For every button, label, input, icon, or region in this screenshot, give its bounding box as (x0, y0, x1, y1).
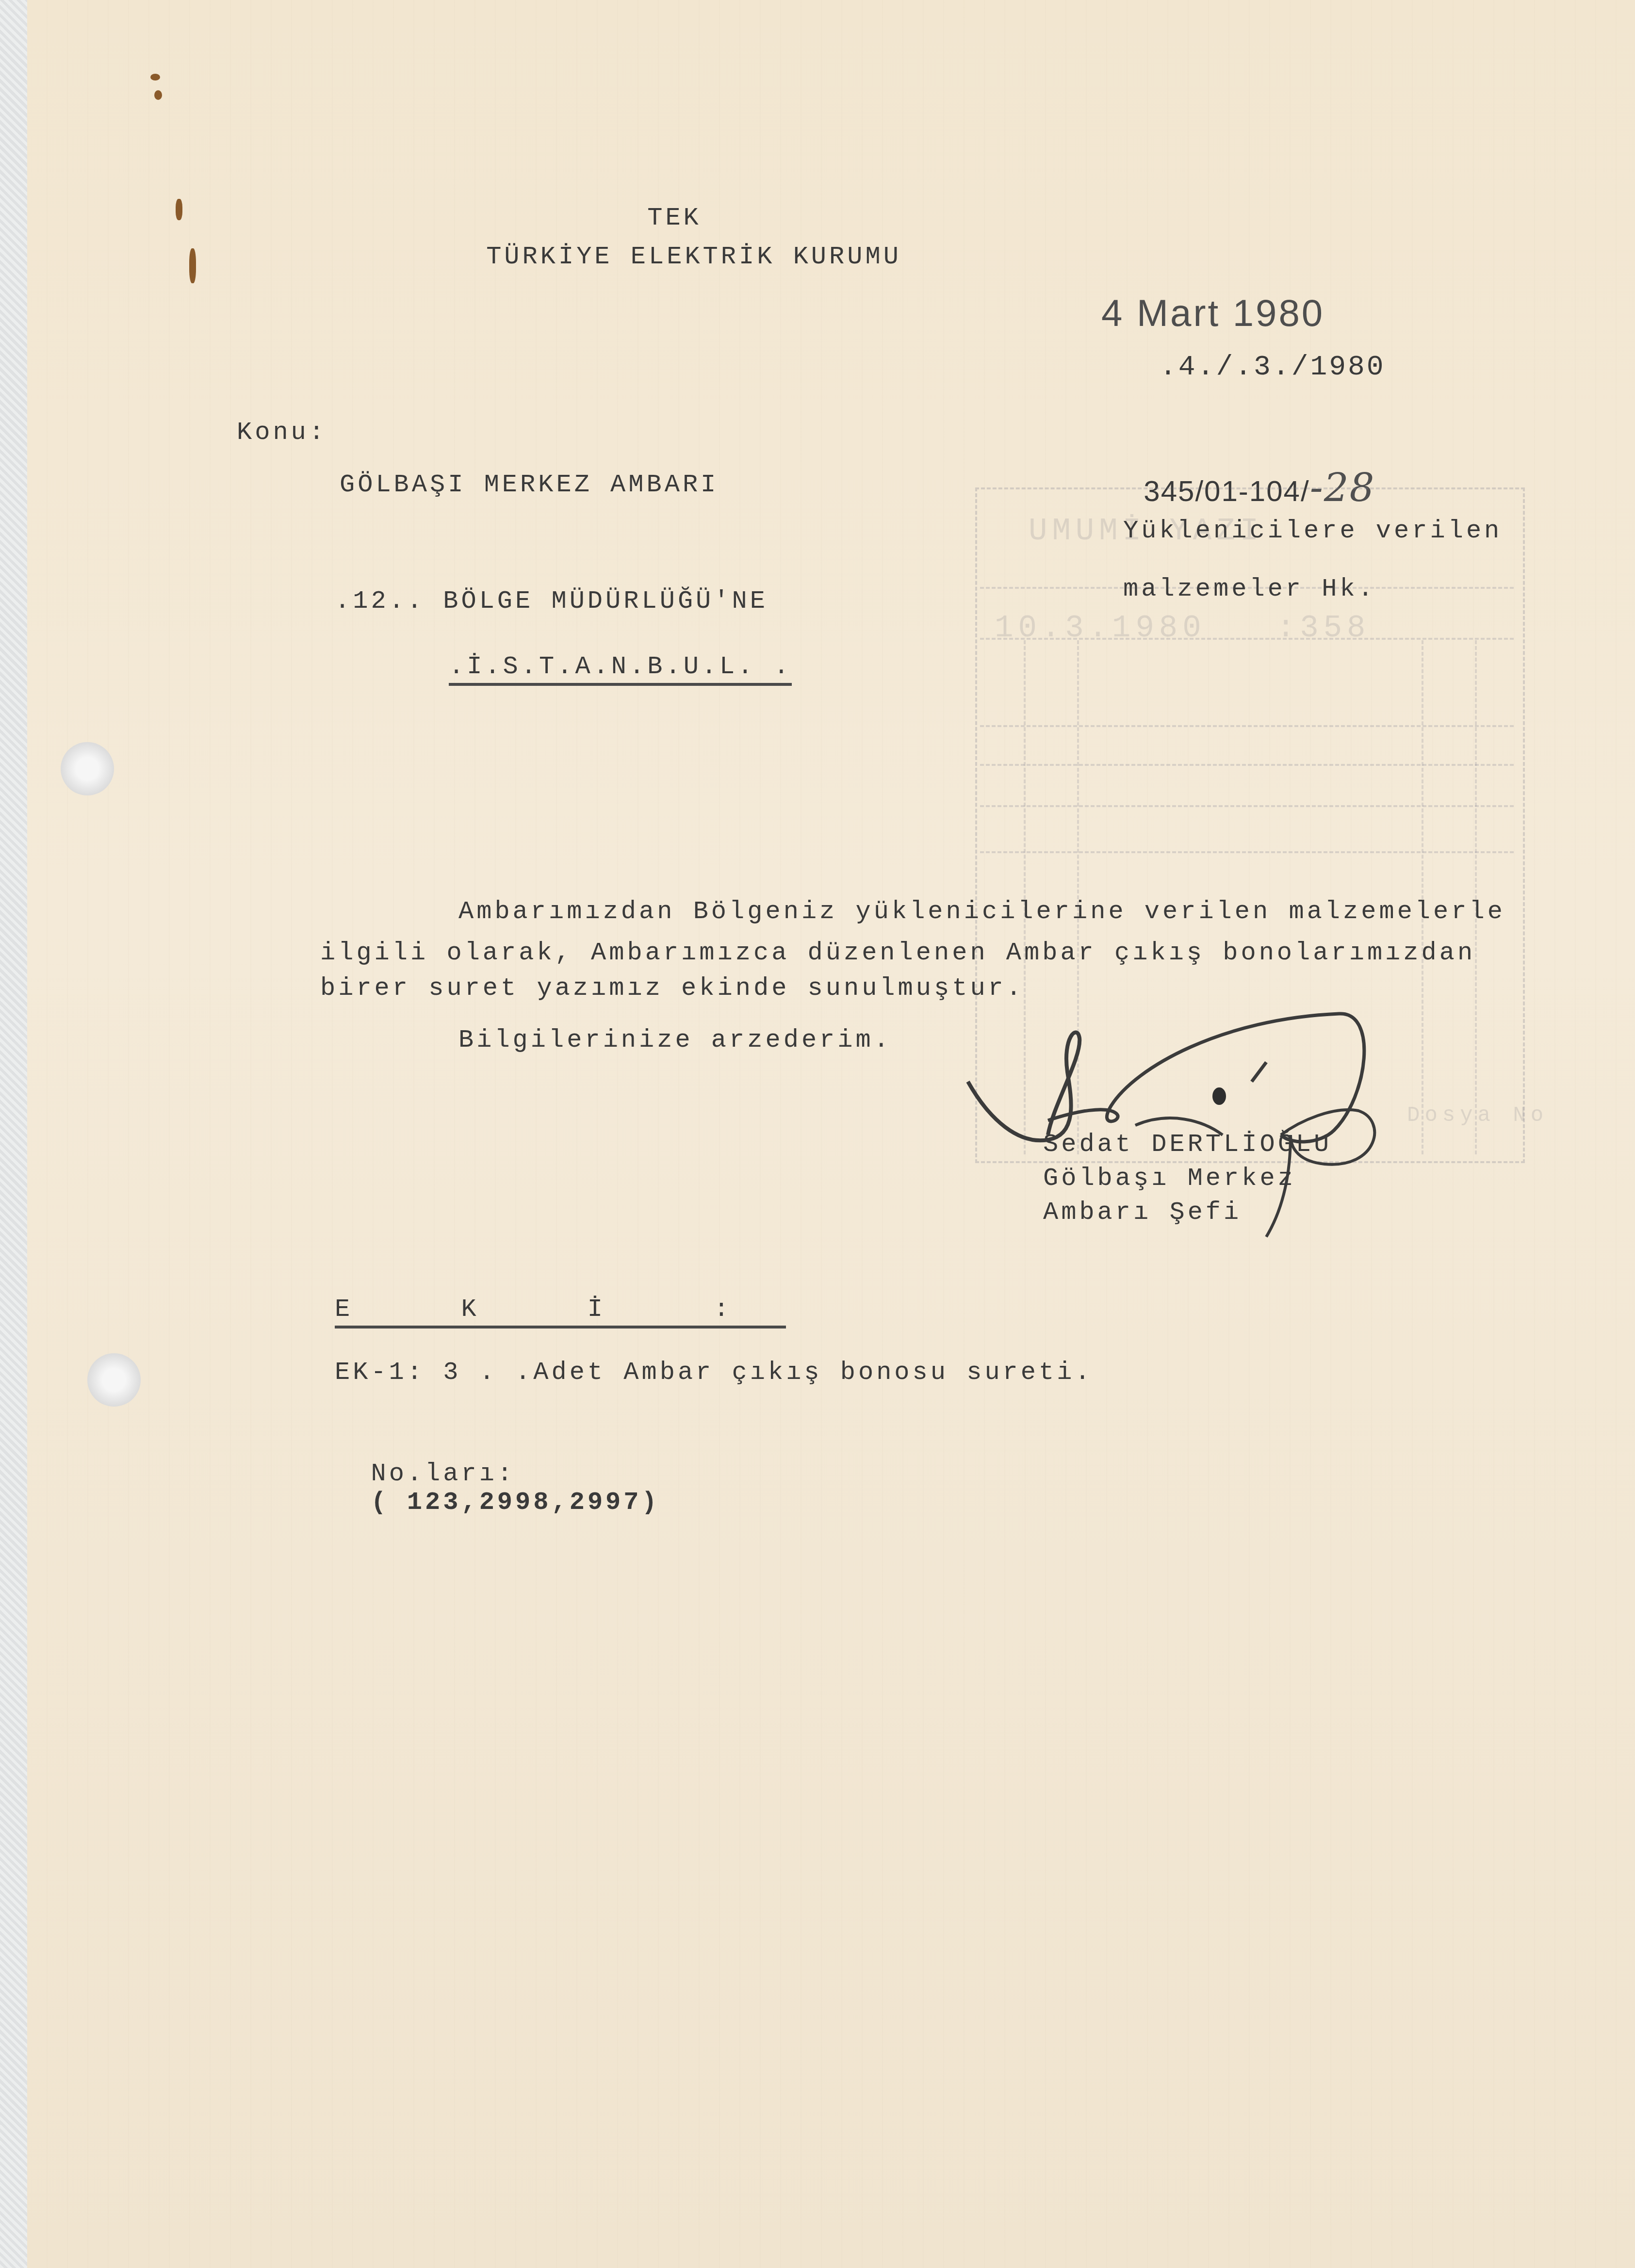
subject-label: Konu: (237, 418, 327, 447)
recipient-city: .İ.S.T.A.N.B.U.L. . (449, 652, 792, 686)
punch-hole (61, 742, 114, 795)
attachment-numbers: No.ları: ( 123,2998,2997) (335, 1431, 660, 1517)
punch-hole (87, 1353, 141, 1407)
attachment-numbers-label: No.ları: (371, 1459, 515, 1488)
body-line-1: Ambarımızdan Bölgeniz yüklenicilerine ve… (458, 897, 1505, 926)
rust-mark (154, 90, 162, 100)
signatory-title-1: Gölbaşı Merkez (1043, 1164, 1296, 1193)
body-line-3: birer suret yazımız ekinde sunulmuştur. (320, 974, 1024, 1003)
stamp-rule (980, 764, 1514, 766)
stamp-rule (980, 638, 1514, 640)
signatory-name: Sedat DERTLİOĞLU (1043, 1130, 1332, 1159)
scanner-backing (0, 0, 27, 2268)
attachment-numbers-values: ( 123,2998,2997) (371, 1488, 659, 1517)
received-date-stamp: 4 Mart 1980 (1101, 291, 1324, 335)
faded-stamp-date: 10.3.1980 :358 (995, 611, 1371, 646)
closing-line: Bilgilerinize arzederim. (458, 1026, 892, 1054)
stamp-rule (980, 805, 1514, 807)
attachment-item: EK-1: 3 . .Adet Ambar çıkış bonosu suret… (335, 1358, 1093, 1387)
typed-date: .4./.3./1980 (1160, 352, 1386, 383)
subject-line-2: malzemeler Hk. (1123, 575, 1376, 603)
org-abbreviation: TEK (626, 204, 723, 232)
subject-line-1: Yüklenicilere verilen (1123, 517, 1502, 545)
rust-mark (176, 199, 182, 220)
org-name: TÜRKİYE ELEKTRİK KURUMU (480, 243, 907, 271)
recipient-office: .12.. BÖLGE MÜDÜRLÜĞÜ'NE (335, 587, 768, 616)
rust-mark (189, 248, 196, 283)
signatory-title-2: Ambarı Şefi (1043, 1198, 1242, 1227)
rust-mark (150, 74, 160, 81)
stamp-rule (980, 725, 1514, 727)
attachments-heading: E K İ : (335, 1295, 786, 1328)
stamp-rule (980, 851, 1514, 853)
sender-name: GÖLBAŞI MERKEZ AMBARI (340, 470, 719, 499)
body-line-2: ilgili olarak, Ambarımızca düzenlenen Am… (320, 939, 1475, 967)
